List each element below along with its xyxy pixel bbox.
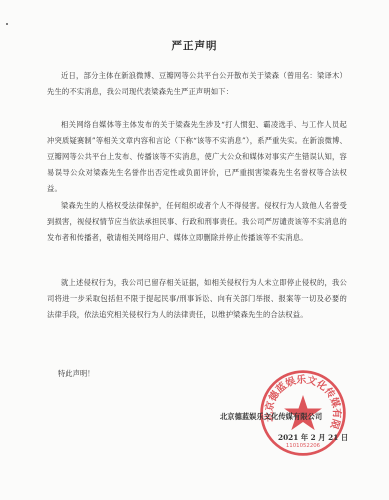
- document-title: 严正声明: [0, 38, 389, 53]
- paragraph-legal-action: 就上述侵权行为，我公司已留存相关证据，如相关侵权行为人未立即停止侵权的，我公司将…: [47, 275, 347, 323]
- scan-speck: [6, 23, 8, 25]
- signature-company: 北京德蓝娱乐文化传媒有限公司: [220, 412, 322, 422]
- statement-document: 严正声明 近日，部分主体在新浪微博、豆瓣网等公共平台公开散布关于梁森（曾用名：梁…: [0, 0, 389, 500]
- paragraph-false-claims: 相关网络自媒体等主体发布的关于梁森先生涉及“打人惯犯、霸凌选手、与工作人员起冲突…: [47, 117, 347, 197]
- signature-date: 2021 年 2 月 21 日: [278, 433, 348, 443]
- paragraph-personality-rights: 梁森先生的人格权受法律保护，任何组织或者个人不得侵害。侵权行为人致他人名誉受到损…: [47, 198, 347, 246]
- closing-remark: 特此声明！: [58, 369, 94, 379]
- svg-text:1101052206: 1101052206: [286, 443, 321, 449]
- paragraph-intro: 近日，部分主体在新浪微博、豆瓣网等公共平台公开散布关于梁森（曾用名：梁译木）先生…: [47, 68, 347, 100]
